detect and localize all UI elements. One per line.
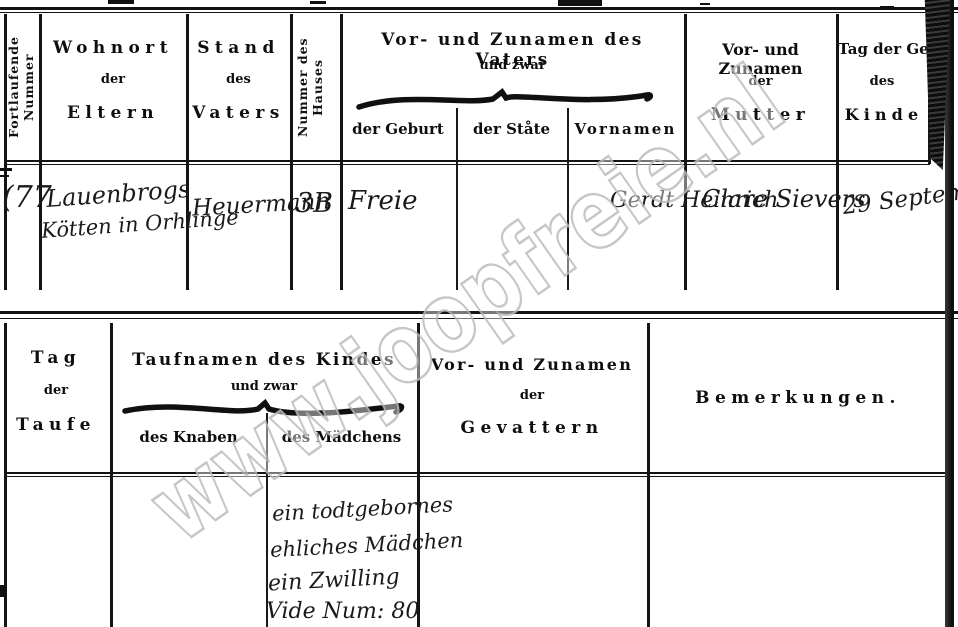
column-header-stand-des: des (188, 72, 289, 87)
column-header-mutter-title: Vor- und Zunamen (686, 40, 835, 78)
column-header-vater-undzwar: und zwar (341, 58, 684, 73)
section-separator-thin (0, 318, 958, 319)
column-header-wohnort-eltern: Eltern (40, 103, 186, 123)
column-header-taufnamen-title: Taufnamen des Kindes (111, 350, 417, 370)
column-header-stand: Stand (188, 38, 289, 58)
column-header-taufe-der: der (4, 383, 108, 398)
column-header-geburtstag-title: Tag der Geb (838, 40, 930, 58)
page-top-border-thin (0, 12, 958, 13)
header-underline (4, 160, 930, 162)
subheader-vornamen: Vornamen (567, 120, 684, 138)
scan-speck (310, 1, 326, 4)
subheader-knabe: des Knaben (111, 428, 266, 446)
column-header-taufe-tag: Tag (4, 348, 108, 368)
brace-glyph (122, 398, 408, 424)
column-header-wohnort-der: der (40, 72, 186, 87)
entry-wohnort-line1: Lauenbrogs (45, 175, 191, 213)
header-underline-thin (4, 164, 930, 165)
column-header-taufe-taufe: Taufe (4, 415, 108, 435)
column-header-hausnummer: Nummer des Hauses (295, 15, 337, 160)
entry-hausnummer: 3B (296, 188, 333, 219)
subheader-staete: der Ståte (456, 120, 567, 138)
column-header-wohnort: Wohnort (40, 38, 186, 58)
entry-maedchen-line4: Vide Num: 80 (266, 599, 419, 624)
column-header-mutter-mutter: Mutter (686, 105, 835, 125)
entry-geburt: Freie (348, 186, 418, 216)
scan-speck (0, 175, 9, 177)
entry-maedchen-line3: ein Zwilling (267, 565, 400, 597)
scan-edge-strip (945, 0, 954, 627)
scan-speck (0, 168, 12, 171)
column-header-taufnamen-undzwar: und zwar (111, 379, 417, 394)
column-divider (290, 14, 293, 290)
column-divider (4, 323, 7, 627)
page-top-border (0, 7, 958, 10)
section-separator (0, 311, 958, 314)
column-header-geburtstag-des: des (838, 74, 926, 89)
scanned-church-register-page: Fortlaufende Nummer Wohnort der Eltern S… (0, 0, 958, 627)
entry-maedchen-line2: ehliches Mädchen (270, 528, 464, 562)
column-header-geburtstag-kinde: Kinde (838, 105, 930, 124)
column-header-gevattern-title: Vor- und Zunamen (417, 355, 647, 374)
column-header-gevattern-der: der (417, 388, 647, 403)
scan-speck (108, 0, 134, 4)
entry-geburtstag: 29 September (841, 174, 958, 220)
scan-speck (0, 585, 6, 597)
scan-speck (880, 6, 894, 9)
column-header-serial: Fortlaufende Nummer (6, 15, 36, 160)
scan-speck (700, 3, 710, 5)
column-header-gevattern-gevattern: Gevattern (417, 418, 647, 438)
scan-speck (558, 0, 602, 6)
subheader-geburt: der Geburt (341, 120, 455, 138)
column-divider (647, 323, 650, 627)
column-header-bemerkungen: Bemerkungen. (647, 388, 949, 408)
column-header-stand-vaters: Vaters (188, 103, 289, 123)
brace-glyph (355, 88, 657, 114)
column-header-mutter-der: der (686, 74, 835, 89)
subheader-maedchen: des Mädchens (266, 428, 417, 446)
header-underline (4, 472, 952, 474)
header-underline-thin (4, 476, 952, 477)
entry-maedchen-line1: ein todtgebornes (271, 492, 453, 525)
